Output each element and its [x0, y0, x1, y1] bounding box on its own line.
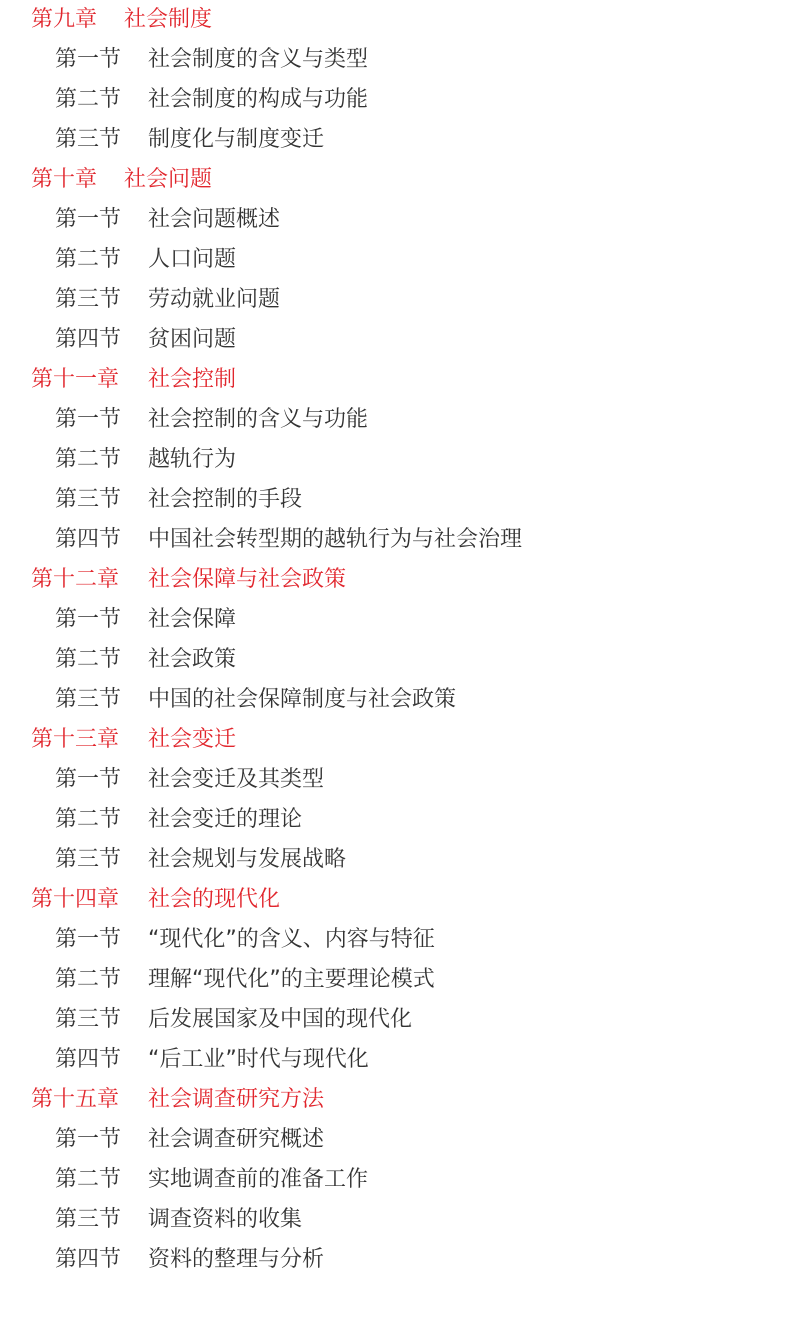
chapter-title: 社会制度: [124, 0, 212, 40]
chapter-title: 社会调查研究方法: [148, 1080, 324, 1120]
section-title: 理解“现代化”的主要理论模式: [148, 960, 435, 1000]
section-number: 第一节: [55, 760, 121, 800]
section-number: 第二节: [55, 440, 121, 480]
section-number: 第二节: [55, 800, 121, 840]
section-title: 社会制度的构成与功能: [148, 80, 368, 120]
section-title: “现代化”的含义、内容与特征: [148, 920, 435, 960]
chapter-number: 第九章: [31, 0, 97, 40]
section-title: 社会规划与发展战略: [148, 840, 346, 880]
section-number: 第四节: [55, 1040, 121, 1080]
section-title: 社会政策: [148, 640, 236, 680]
section-number: 第三节: [55, 680, 121, 720]
section-number: 第一节: [55, 1120, 121, 1160]
section-number: 第一节: [55, 200, 121, 240]
section-number: 第四节: [55, 520, 121, 560]
section-number: 第二节: [55, 960, 121, 1000]
section-title: “后工业”时代与现代化: [148, 1040, 369, 1080]
section-title: 人口问题: [148, 240, 236, 280]
section-title: 社会调查研究概述: [148, 1120, 324, 1160]
section-number: 第三节: [55, 840, 121, 880]
section-title: 实地调查前的准备工作: [148, 1160, 368, 1200]
chapter-number: 第十章: [31, 160, 97, 200]
section-number: 第四节: [55, 1240, 121, 1280]
chapter-title: 社会问题: [124, 160, 212, 200]
section-title: 社会保障: [148, 600, 236, 640]
chapter-title: 社会控制: [148, 360, 236, 400]
section-title: 社会变迁的理论: [148, 800, 302, 840]
chapter-number: 第十三章: [31, 720, 119, 760]
section-number: 第四节: [55, 320, 121, 360]
section-number: 第三节: [55, 120, 121, 160]
section-title: 社会变迁及其类型: [148, 760, 324, 800]
section-title: 制度化与制度变迁: [148, 120, 324, 160]
section-number: 第二节: [55, 640, 121, 680]
chapter-number: 第十四章: [31, 880, 119, 920]
section-title: 社会控制的含义与功能: [148, 400, 368, 440]
section-number: 第二节: [55, 80, 121, 120]
section-title: 劳动就业问题: [148, 280, 280, 320]
chapter-number: 第十五章: [31, 1080, 119, 1120]
section-title: 社会问题概述: [148, 200, 280, 240]
section-number: 第三节: [55, 1000, 121, 1040]
chapter-title: 社会变迁: [148, 720, 236, 760]
chapter-number: 第十二章: [31, 560, 119, 600]
section-title: 资料的整理与分析: [148, 1240, 324, 1280]
section-title: 调查资料的收集: [148, 1200, 302, 1240]
section-number: 第三节: [55, 280, 121, 320]
chapter-number: 第十一章: [31, 360, 119, 400]
section-title: 后发展国家及中国的现代化: [148, 1000, 412, 1040]
section-title: 社会控制的手段: [148, 480, 302, 520]
section-number: 第三节: [55, 1200, 121, 1240]
section-number: 第三节: [55, 480, 121, 520]
section-number: 第一节: [55, 400, 121, 440]
chapter-title: 社会的现代化: [148, 880, 280, 920]
section-number: 第一节: [55, 40, 121, 80]
section-number: 第二节: [55, 240, 121, 280]
section-number: 第一节: [55, 600, 121, 640]
section-title: 中国的社会保障制度与社会政策: [148, 680, 456, 720]
section-number: 第二节: [55, 1160, 121, 1200]
section-title: 贫困问题: [148, 320, 236, 360]
section-title: 越轨行为: [148, 440, 236, 480]
section-title: 中国社会转型期的越轨行为与社会治理: [148, 520, 522, 560]
chapter-title: 社会保障与社会政策: [148, 560, 346, 600]
section-number: 第一节: [55, 920, 121, 960]
section-title: 社会制度的含义与类型: [148, 40, 368, 80]
